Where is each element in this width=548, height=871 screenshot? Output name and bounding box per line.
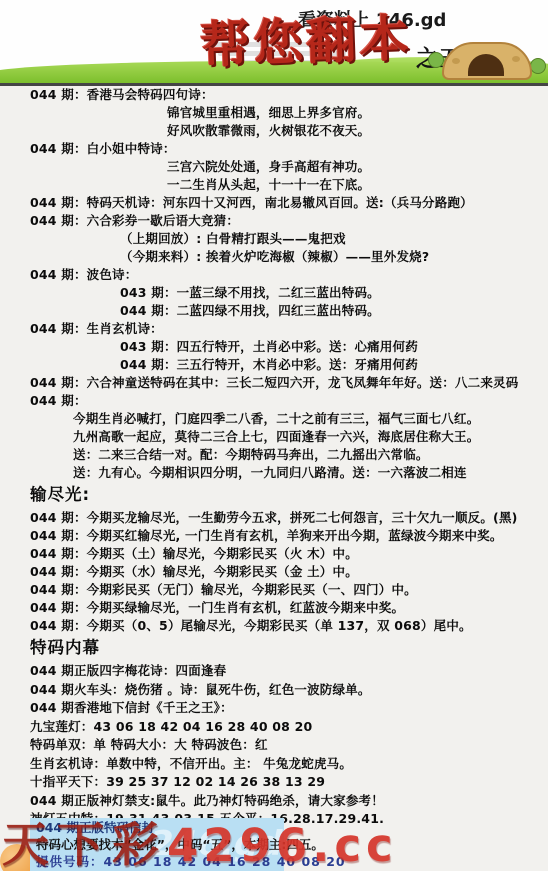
text-line: 044 期：白小姐中特诗： bbox=[30, 140, 542, 158]
text-line: 044 期：香港马会特码四句诗： bbox=[30, 86, 542, 104]
text-line: 044 期：波色诗： bbox=[30, 266, 542, 284]
text-line: 三宫六院处处通，身手高超有神功。 bbox=[30, 158, 542, 176]
envelope-tip-line: 特码心想要找木“金花”，中码“五”，本期主:四五。 bbox=[36, 836, 324, 853]
text-line: 044 期：特码天机诗：河东四十又河西，南北易辙风百回。送:（兵马分路跑） bbox=[30, 194, 542, 212]
text-line: 044 期：今期买红输尽光, 一门生肖有玄机，羊狗来开出今期，蓝绿波今期来中奖。 bbox=[30, 527, 542, 545]
text-line: 044 期：今期彩民买（无门）输尽光，今期彩民买（一、四门）中。 bbox=[30, 581, 542, 599]
text-line: 锦官城里重相遇，细思上界多官府。 bbox=[30, 104, 542, 122]
section-heading-neimu: 特码内幕 bbox=[30, 637, 542, 659]
text-line: 044 期火车头：烧伤猪 。诗：鼠死牛伤，红色一波防绿单。 bbox=[30, 681, 542, 700]
section-heading-shujinguang: 输尽光: bbox=[30, 484, 542, 506]
text-line: 044 期：今期买（土）输尽光，今期彩民买（火 木）中。 bbox=[30, 545, 542, 563]
text-line: 044 期：今期买龙输尽光，一生勤劳今五求，拼死二七何怨言，三十欠九一顺反。(黑… bbox=[30, 509, 542, 527]
den-spot bbox=[512, 56, 520, 62]
text-line: 十指平天下：39 25 37 12 02 14 26 38 13 29 bbox=[30, 773, 542, 792]
text-line: 好风吹散霏微雨，火树银花不夜天。 bbox=[30, 122, 542, 140]
provided-numbers-line: 提供号码：43 06 18 42 04 16 28 40 08 20 bbox=[36, 853, 346, 870]
text-line: 送：九有心。今期相识四分明，一九同归八路清。送：一六落波二相连 bbox=[30, 464, 542, 482]
calligraphy-title: 帮您翻本 bbox=[199, 0, 413, 78]
text-line: 一二生肖从头起，十一十一在下底。 bbox=[30, 176, 542, 194]
envelope-title: 044 期正版特码信封 bbox=[36, 819, 154, 836]
verse-section: 044 期：香港马会特码四句诗：锦官城里重相遇，细思上界多官府。好风吹散霏微雨，… bbox=[30, 86, 542, 482]
text-line: 044 期： bbox=[30, 392, 542, 410]
den-entrance bbox=[468, 54, 504, 76]
text-line: 九宝莲灯：43 06 18 42 04 16 28 40 08 20 bbox=[30, 718, 542, 737]
neimu-section: 044 期正版四字梅花诗：四面逢春044 期火车头：烧伤猪 。诗：鼠死牛伤，红色… bbox=[30, 662, 542, 829]
text-line: 043 期：一蓝三绿不用找，二红三蓝出特码。 bbox=[30, 284, 542, 302]
text-line: 九州高歌一起应，莫待二三合上七，四面逢春一六兴，海底居住称大王。 bbox=[30, 428, 542, 446]
orange-ball-decoration bbox=[0, 844, 34, 871]
text-line: 044 期正版神灯禁支:鼠牛。此乃神灯特码绝杀，请大家参考！ bbox=[30, 792, 542, 811]
den-spot bbox=[452, 58, 460, 64]
text-line: 044 期正版四字梅花诗：四面逢春 bbox=[30, 662, 542, 681]
text-line: （今期来料）: 挨着火炉吃海椒（辣椒）——里外发烧? bbox=[30, 248, 542, 266]
text-line: 044 期：今期买绿输尽光，一门生肖有玄机，红蓝波今期来中奖。 bbox=[30, 599, 542, 617]
text-line: 043 期：四五行特开，土肖必中彩。送：心痛用何药 bbox=[30, 338, 542, 356]
text-line: 044 期香港地下信封《千王之王》： bbox=[30, 699, 542, 718]
lottery-tip-sheet: 看资料上 246.gd 帮您翻本 之五鬼 044 期：香港马会特码四句诗：锦官城… bbox=[0, 0, 548, 871]
text-line: 044 期：今期买（水）输尽光，今期彩民买（金 土）中。 bbox=[30, 563, 542, 581]
tree-icon bbox=[428, 52, 444, 68]
text-line: 044 期：二蓝四绿不用找，四红三蓝出特码。 bbox=[30, 302, 542, 320]
text-line: 送：二来三合结一对。配：今期特码马奔出，二九摇出六常临。 bbox=[30, 446, 542, 464]
tree-icon bbox=[530, 58, 546, 74]
header-banner: 看资料上 246.gd 帮您翻本 之五鬼 bbox=[0, 0, 548, 84]
text-line: （上期回放）: 白骨精打跟头——鬼把戏 bbox=[30, 230, 542, 248]
text-line: 044 期：今期买（0、5）尾输尽光，今期彩民买（单 137，双 068）尾中。 bbox=[30, 617, 542, 635]
shujinguang-section: 044 期：今期买龙输尽光，一生勤劳今五求，拼死二七何怨言，三十欠九一顺反。(黑… bbox=[30, 509, 542, 635]
text-line: 特码单双：单 特码大小：大 特码波色：红 bbox=[30, 736, 542, 755]
text-line: 044 期：三五行特开，木肖必中彩。送：牙痛用何药 bbox=[30, 356, 542, 374]
text-line: 044 期：生肖玄机诗： bbox=[30, 320, 542, 338]
text-line: 今期生肖必喊打，门庭四季二八香，二十之前有三三，福气三面七八红。 bbox=[30, 410, 542, 428]
text-line: 044 期：六合彩券一歇后语大竞猜： bbox=[30, 212, 542, 230]
cartoon-den-icon bbox=[442, 42, 532, 80]
text-line: 044 期：六合神童送特码在其中：三长二短四六开，龙飞凤舞年年好。送：八二来灵码 bbox=[30, 374, 542, 392]
sheet-body: 044 期：香港马会特码四句诗：锦官城里重相遇，细思上界多官府。好风吹散霏微雨，… bbox=[30, 86, 542, 829]
text-line: 生肖玄机诗：单数中特，不信开出。主： 牛兔龙蛇虎马。 bbox=[30, 755, 542, 774]
